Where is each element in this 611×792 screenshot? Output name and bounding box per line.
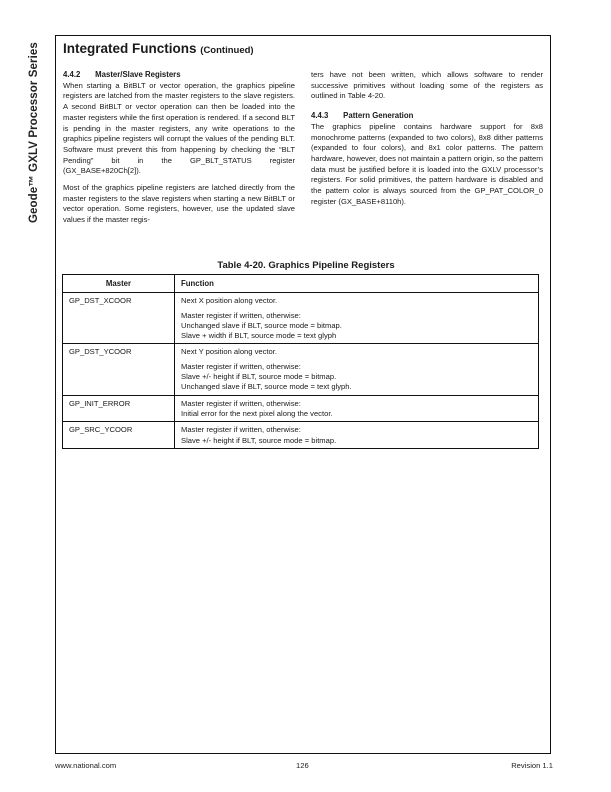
page-title-suffix: (Continued): [200, 45, 253, 56]
paragraph-continuation: ters have not been written, which allows…: [311, 70, 543, 102]
function-lead: Next X position along vector.: [181, 296, 532, 306]
function-cell: Next X position along vector. Master reg…: [175, 293, 539, 344]
section-heading-4-4-2: 4.4.2 Master/Slave Registers: [63, 70, 295, 81]
footer-revision: Revision 1.1: [511, 761, 553, 770]
master-cell: GP_DST_YCOOR: [63, 344, 175, 395]
paragraph: When starting a BitBLT or vector operati…: [63, 81, 295, 177]
function-cell: Next Y position along vector. Master reg…: [175, 344, 539, 395]
master-cell: GP_SRC_YCOOR: [63, 422, 175, 449]
right-column: ters have not been written, which allows…: [311, 70, 543, 213]
page-title-text: Integrated Functions: [63, 41, 197, 56]
table-row: GP_INIT_ERROR Master register if written…: [63, 395, 539, 422]
section-title: Pattern Generation: [343, 111, 413, 120]
function-line: Initial error for the next pixel along t…: [181, 409, 532, 419]
page-title: Integrated Functions (Continued): [63, 41, 254, 56]
column-header-master: Master: [63, 275, 175, 293]
table-header-row: Master Function: [63, 275, 539, 293]
table-caption: Table 4-20. Graphics Pipeline Registers: [63, 260, 549, 271]
function-line: Master register if written, otherwise:: [181, 311, 532, 321]
function-line: Unchanged slave if BLT, source mode = bi…: [181, 321, 532, 331]
section-number: 4.4.3: [311, 111, 341, 122]
function-cell: Master register if written, otherwise: S…: [175, 422, 539, 449]
registers-table: Master Function GP_DST_XCOOR Next X posi…: [62, 274, 539, 449]
function-line: Unchanged slave if BLT, source mode = te…: [181, 382, 532, 392]
function-line: Master register if written, otherwise:: [181, 399, 532, 409]
function-line: Slave +/- height if BLT, source mode = b…: [181, 436, 532, 446]
function-line: Master register if written, otherwise:: [181, 425, 532, 435]
table-row: GP_DST_XCOOR Next X position along vecto…: [63, 293, 539, 344]
footer-website-link[interactable]: www.national.com: [55, 761, 116, 770]
section-heading-4-4-3: 4.4.3 Pattern Generation: [311, 111, 543, 122]
footer-page-number: 126: [296, 761, 309, 770]
function-line: Slave +/- height if BLT, source mode = b…: [181, 372, 532, 382]
side-series-title: Geode™ GXLV Processor Series: [28, 33, 40, 223]
master-cell: GP_DST_XCOOR: [63, 293, 175, 344]
table-row: GP_SRC_YCOOR Master register if written,…: [63, 422, 539, 449]
paragraph: Most of the graphics pipeline registers …: [63, 183, 295, 226]
section-title: Master/Slave Registers: [95, 70, 180, 79]
section-number: 4.4.2: [63, 70, 93, 81]
function-lead: Next Y position along vector.: [181, 347, 532, 357]
table-row: GP_DST_YCOOR Next Y position along vecto…: [63, 344, 539, 395]
function-cell: Master register if written, otherwise: I…: [175, 395, 539, 422]
column-header-function: Function: [175, 275, 539, 293]
function-line: Master register if written, otherwise:: [181, 362, 532, 372]
master-cell: GP_INIT_ERROR: [63, 395, 175, 422]
left-column: 4.4.2 Master/Slave Registers When starti…: [63, 70, 295, 232]
function-line: Slave + width if BLT, source mode = text…: [181, 331, 532, 341]
paragraph: The graphics pipeline contains hardware …: [311, 122, 543, 208]
